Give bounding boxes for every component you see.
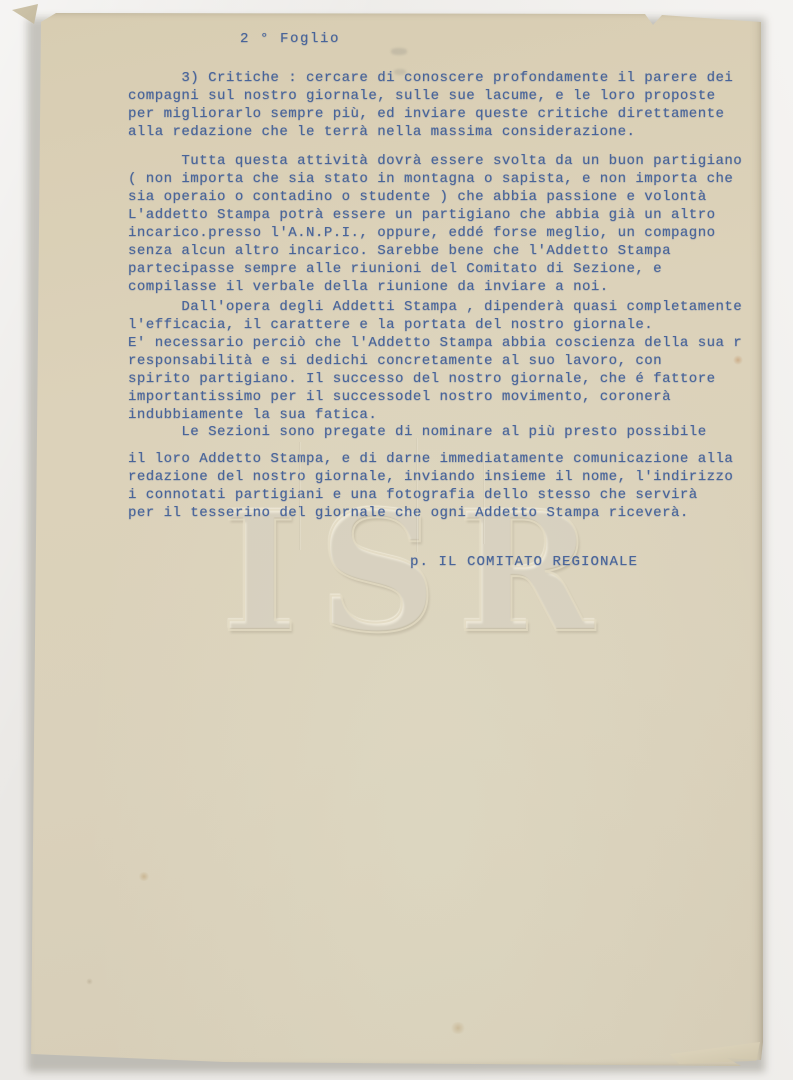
folded-corner-top-left [12,4,38,24]
paragraph-sezioni: Le Sezioni sono pregate di nominare al p… [128,423,707,441]
document-page: ISR 2 ° Foglio 3) Critiche : cercare di … [25,12,763,1068]
paragraph-attivita: Tutta questa attività dovrà essere svolt… [128,152,742,296]
pencil-smudge [391,48,407,55]
paragraph-dallopera: Dall'opera degli Addetti Stampa , dipend… [128,298,742,424]
scan-background: ISR 2 ° Foglio 3) Critiche : cercare di … [0,0,793,1080]
paragraph-addetto-stampa: il loro Addetto Stampa, e di darne immed… [128,450,733,522]
page-number-heading: 2 ° Foglio [240,30,340,48]
signature-line: p. IL COMITATO REGIONALE [410,553,638,571]
paragraph-critiche: 3) Critiche : cercare di conoscere profo… [128,69,733,141]
